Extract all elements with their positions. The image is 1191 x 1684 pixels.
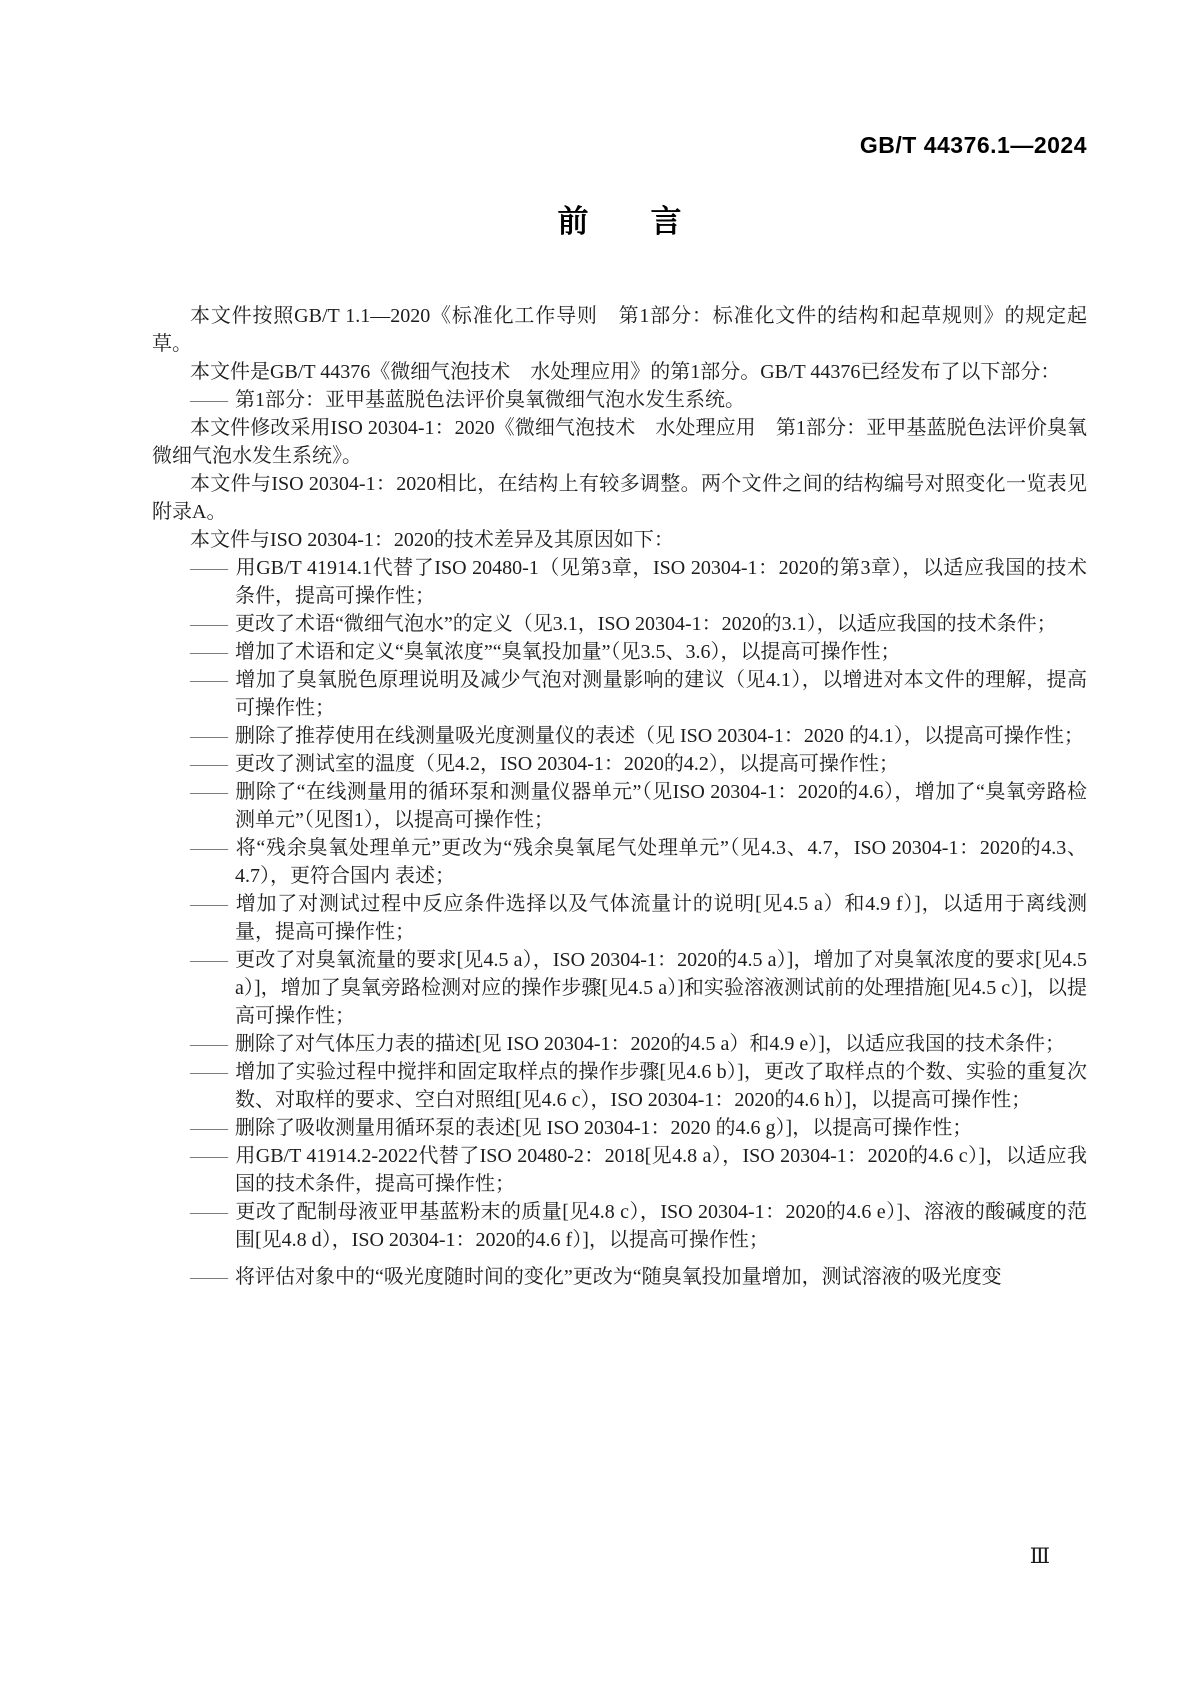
dash-item-text: 删除了“在线测量用的循环泵和测量仪器单元”（见ISO 20304-1：2020的… [235, 781, 1087, 831]
em-dash-marker: —— [190, 946, 235, 974]
paragraph: 本文件是GB/T 44376《微细气泡技术 水处理应用》的第1部分。GB/T 4… [152, 358, 1087, 386]
paragraph: 本文件与ISO 20304-1：2020相比，在结构上有较多调整。两个文件之间的… [152, 470, 1087, 526]
em-dash-marker: —— [190, 638, 235, 666]
em-dash-marker: —— [190, 554, 235, 582]
paragraph: 本文件按照GB/T 1.1—2020《标准化工作导则 第1部分：标准化文件的结构… [152, 302, 1087, 358]
page-number: Ⅲ [1030, 1544, 1050, 1568]
dash-item-text: 删除了推荐使用在线测量吸光度测量仪的表述（见 ISO 20304-1：2020 … [235, 725, 1084, 747]
dash-item-text: 更改了测试室的温度（见4.2，ISO 20304-1：2020的4.2），以提高… [235, 753, 899, 775]
dash-list-item: ——增加了臭氧脱色原理说明及减少气泡对测量影响的建议（见4.1），以增进对本文件… [152, 666, 1087, 722]
dash-item-text: 将“残余臭氧处理单元”更改为“残余臭氧尾气处理单元”（见4.3、4.7，ISO … [235, 837, 1087, 887]
em-dash-marker: —— [190, 1030, 235, 1058]
document-page: GB/T 44376.1—2024 前 言 本文件按照GB/T 1.1—2020… [0, 0, 1191, 1684]
dash-item-text: 删除了对气体压力表的描述[见 ISO 20304-1：2020的4.5 a）和4… [235, 1033, 1065, 1055]
em-dash-marker: —— [190, 1263, 235, 1291]
dash-list-item: ——用GB/T 41914.2-2022代替了ISO 20480-2：2018[… [152, 1142, 1087, 1198]
em-dash-marker: —— [190, 890, 235, 918]
dash-list-item: ——更改了测试室的温度（见4.2，ISO 20304-1：2020的4.2），以… [152, 750, 1087, 778]
em-dash-marker: —— [190, 722, 235, 750]
dash-list-item: ——第1部分：亚甲基蓝脱色法评价臭氧微细气泡水发生系统。 [152, 386, 1087, 414]
em-dash-marker: —— [190, 386, 235, 414]
dash-item-text: 删除了吸收测量用循环泵的表述[见 ISO 20304-1：2020 的4.6 g… [235, 1117, 972, 1139]
dash-item-text: 将评估对象中的“吸光度随时间的变化”更改为“随臭氧投加量增加，测试溶液的吸光度变 [235, 1266, 1002, 1288]
dash-item-text: 增加了臭氧脱色原理说明及减少气泡对测量影响的建议（见4.1），以增进对本文件的理… [235, 669, 1087, 719]
foreword-content: 本文件按照GB/T 1.1—2020《标准化工作导则 第1部分：标准化文件的结构… [152, 302, 1087, 1291]
dash-item-text: 增加了术语和定义“臭氧浓度”“臭氧投加量”（见3.5、3.6），以提高可操作性； [235, 641, 901, 663]
em-dash-marker: —— [190, 1142, 235, 1170]
page-title: 前 言 [152, 204, 1087, 240]
paragraph: 本文件与ISO 20304-1：2020的技术差异及其原因如下： [152, 526, 1087, 554]
em-dash-marker: —— [190, 750, 235, 778]
dash-item-text: 第1部分：亚甲基蓝脱色法评价臭氧微细气泡水发生系统。 [235, 389, 745, 411]
dash-list-item: ——用GB/T 41914.1代替了ISO 20480-1（见第3章，ISO 2… [152, 554, 1087, 610]
dash-item-text: 更改了配制母液亚甲基蓝粉末的质量[见4.8 c），ISO 20304-1：202… [235, 1201, 1087, 1251]
dash-list-item: ——更改了配制母液亚甲基蓝粉末的质量[见4.8 c），ISO 20304-1：2… [152, 1198, 1087, 1254]
dash-list-item: ——将“残余臭氧处理单元”更改为“残余臭氧尾气处理单元”（见4.3、4.7，IS… [152, 834, 1087, 890]
dash-list-item: ——删除了“在线测量用的循环泵和测量仪器单元”（见ISO 20304-1：202… [152, 778, 1087, 834]
dash-list-item: ——更改了术语“微细气泡水”的定义（见3.1，ISO 20304-1：2020的… [152, 610, 1087, 638]
dash-list-item: ——增加了实验过程中搅拌和固定取样点的操作步骤[见4.6 b）]，更改了取样点的… [152, 1058, 1087, 1114]
dash-list-item: ——增加了对测试过程中反应条件选择以及气体流量计的说明[见4.5 a）和4.9 … [152, 890, 1087, 946]
em-dash-marker: —— [190, 1198, 235, 1226]
dash-list-item: ——删除了吸收测量用循环泵的表述[见 ISO 20304-1：2020 的4.6… [152, 1114, 1087, 1142]
dash-list-item: ——删除了对气体压力表的描述[见 ISO 20304-1：2020的4.5 a）… [152, 1030, 1087, 1058]
dash-list-item: ——增加了术语和定义“臭氧浓度”“臭氧投加量”（见3.5、3.6），以提高可操作… [152, 638, 1087, 666]
dash-item-text: 用GB/T 41914.1代替了ISO 20480-1（见第3章，ISO 203… [235, 557, 1087, 607]
dash-item-text: 用GB/T 41914.2-2022代替了ISO 20480-2：2018[见4… [235, 1145, 1087, 1195]
dash-item-text: 增加了实验过程中搅拌和固定取样点的操作步骤[见4.6 b）]，更改了取样点的个数… [235, 1061, 1087, 1111]
dash-item-text: 更改了对臭氧流量的要求[见4.5 a），ISO 20304-1：2020的4.5… [235, 949, 1087, 1027]
em-dash-marker: —— [190, 1058, 235, 1086]
dash-list-item: ——将评估对象中的“吸光度随时间的变化”更改为“随臭氧投加量增加，测试溶液的吸光… [152, 1263, 1087, 1291]
em-dash-marker: —— [190, 610, 235, 638]
em-dash-marker: —— [190, 666, 235, 694]
standard-number: GB/T 44376.1—2024 [152, 132, 1087, 158]
dash-item-text: 更改了术语“微细气泡水”的定义（见3.1，ISO 20304-1：2020的3.… [235, 613, 1057, 635]
paragraph: 本文件修改采用ISO 20304-1：2020《微细气泡技术 水处理应用 第1部… [152, 414, 1087, 470]
em-dash-marker: —— [190, 834, 235, 862]
dash-list-item: ——删除了推荐使用在线测量吸光度测量仪的表述（见 ISO 20304-1：202… [152, 722, 1087, 750]
dash-list-item: ——更改了对臭氧流量的要求[见4.5 a），ISO 20304-1：2020的4… [152, 946, 1087, 1030]
em-dash-marker: —— [190, 1114, 235, 1142]
em-dash-marker: —— [190, 778, 235, 806]
dash-item-text: 增加了对测试过程中反应条件选择以及气体流量计的说明[见4.5 a）和4.9 f）… [235, 893, 1087, 943]
